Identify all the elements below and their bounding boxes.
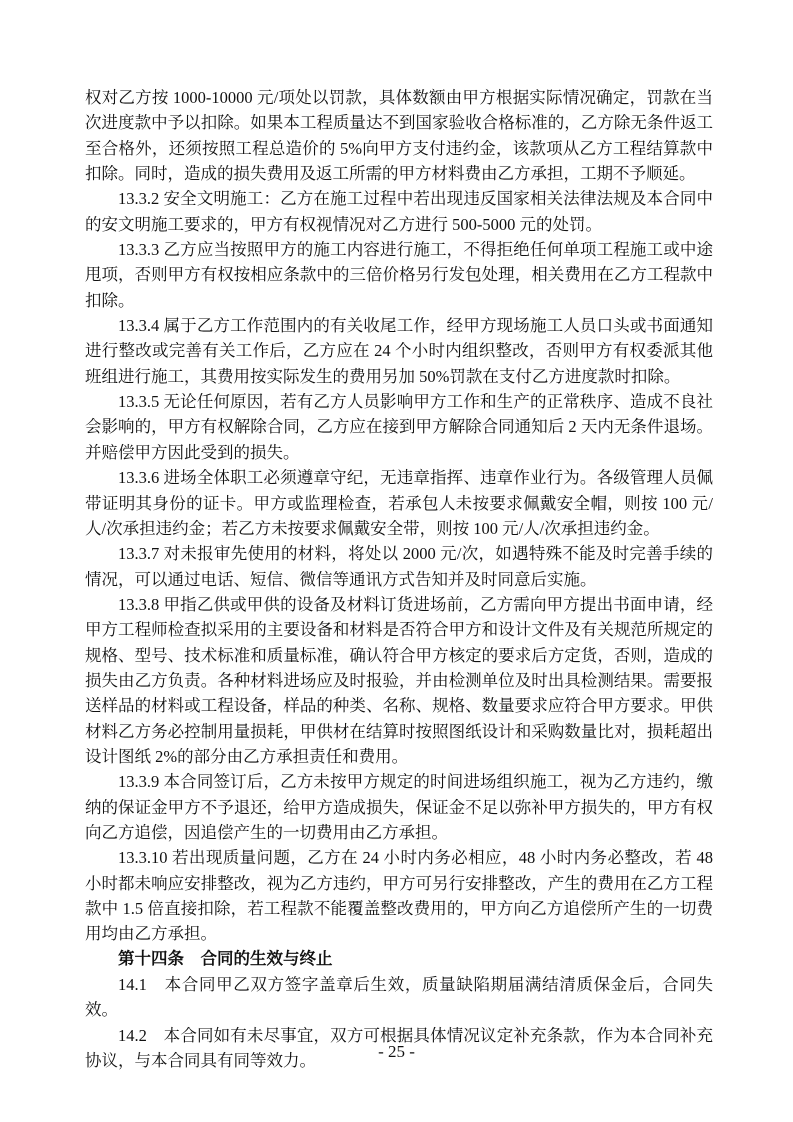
- contract-document-page: 权对乙方按 1000-10000 元/项处以罚款，具体数额由甲方根据实际情况确定…: [0, 0, 793, 1122]
- section-heading-article-14: 第十四条 合同的生效与终止: [85, 947, 713, 972]
- page-number: - 25 -: [0, 1041, 793, 1063]
- paragraph-clause-13-3-2: 13.3.2 安全文明施工：乙方在施工过程中若出现违反国家相关法律法规及本合同中…: [85, 186, 713, 237]
- paragraph-clause-13-3-6: 13.3.6 进场全体职工必须遵章守纪，无违章指挥、违章作业行为。各级管理人员佩…: [85, 465, 713, 541]
- paragraph-clause-13-3-4: 13.3.4 属于乙方工作范围内的有关收尾工作，经甲方现场施工人员口头或书面通知…: [85, 313, 713, 389]
- paragraph-clause-13-3-9: 13.3.9 本合同签订后，乙方未按甲方规定的时间进场组织施工，视为乙方违约，缴…: [85, 769, 713, 845]
- paragraph-clause-13-3-3: 13.3.3 乙方应当按照甲方的施工内容进行施工，不得拒绝任何单项工程施工或中途…: [85, 237, 713, 313]
- paragraph-clause-13-3-10: 13.3.10 若出现质量问题，乙方在 24 小时内务必相应，48 小时内务必整…: [85, 845, 713, 946]
- paragraph-clause-13-3-5: 13.3.5 无论任何原因，若有乙方人员影响甲方工作和生产的正常秩序、造成不良社…: [85, 389, 713, 465]
- paragraph-continuation: 权对乙方按 1000-10000 元/项处以罚款，具体数额由甲方根据实际情况确定…: [85, 85, 713, 186]
- paragraph-clause-14-1: 14.1 本合同甲乙双方签字盖章后生效，质量缺陷期届满结清质保金后，合同失效。: [85, 972, 713, 1023]
- paragraph-clause-13-3-8: 13.3.8 甲指乙供或甲供的设备及材料订货进场前，乙方需向甲方提出书面申请，经…: [85, 592, 713, 769]
- paragraph-clause-13-3-7: 13.3.7 对未报审先使用的材料，将处以 2000 元/次，如遇特殊不能及时完…: [85, 541, 713, 592]
- document-body: 权对乙方按 1000-10000 元/项处以罚款，具体数额由甲方根据实际情况确定…: [85, 85, 713, 1073]
